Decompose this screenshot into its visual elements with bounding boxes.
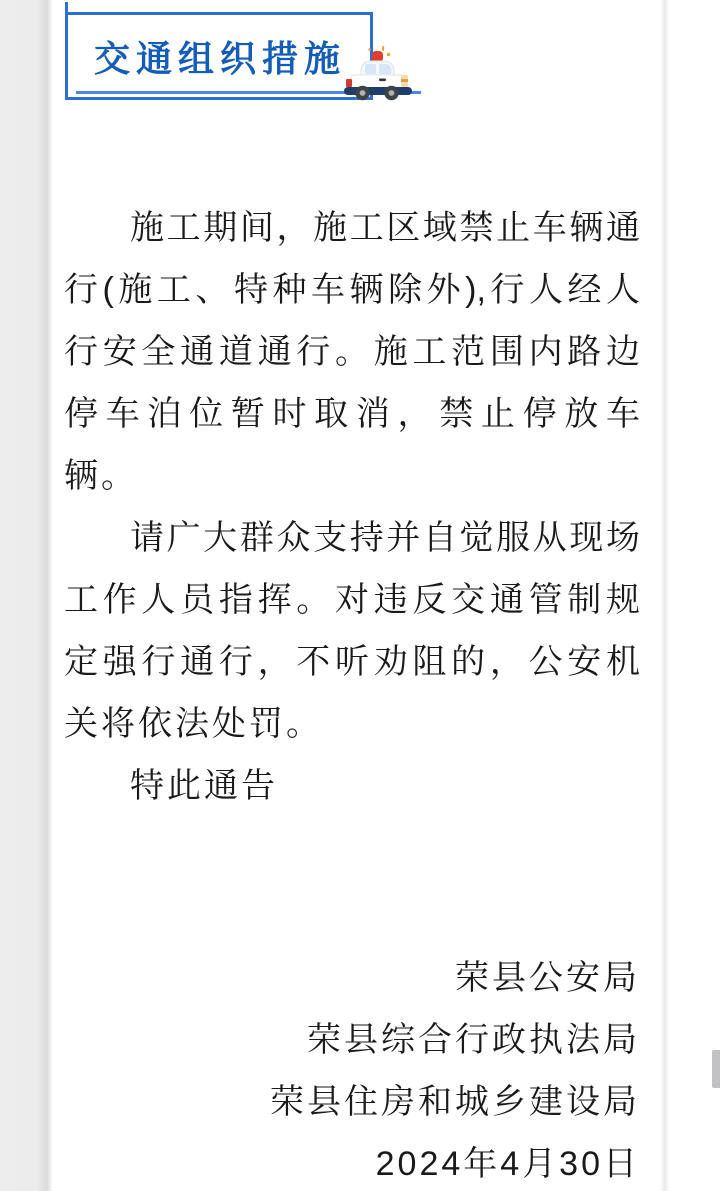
adjacent-page-edge [0,0,52,1191]
body-line: 停车泊位暂时取消，禁止停放车 [64,383,640,445]
police-car-icon [341,46,415,106]
notice-body: 施工期间，施工区域禁止车辆通 行(施工、特种车辆除外),行人经人 行安全通道通行… [64,197,640,817]
body-line: 行安全通道通行。施工范围内路边 [64,321,640,383]
title-box: 交通组织措施 [65,12,373,100]
signature-line: 荣县公安局 [64,947,640,1009]
body-line: 施工期间，施工区域禁止车辆通 [64,197,640,259]
scrollbar-thumb[interactable] [712,1050,720,1088]
body-line: 请广大群众支持并自觉服从现场 [64,507,640,569]
page-title: 交通组织措施 [94,31,346,82]
body-line: 特此通告 [64,755,640,817]
barrier-light-icon [346,79,352,87]
notice-date: 2024年4月30日 [376,1145,640,1183]
body-line: 行(施工、特种车辆除外),行人经人 [64,259,640,321]
notice-page: 交通组织措施 施工期间，施工区域禁止车辆通 行(施工、特种车辆除外),行人经人 … [0,0,720,1191]
date-line: 2024年4月30日 [64,1133,640,1191]
signature-block: 荣县公安局 荣县综合行政执法局 荣县住房和城乡建设局 [64,947,640,1133]
body-line: 工作人员指挥。对违反交通管制规 [64,569,640,631]
road-bar [344,87,412,95]
siren-icon [372,51,383,62]
page-divider-line [660,0,670,1191]
body-line: 关将依法处罚。 [64,693,640,755]
body-line: 辆。 [64,445,640,507]
signature-line: 荣县住房和城乡建设局 [64,1071,640,1133]
signature-line: 荣县综合行政执法局 [64,1009,640,1071]
sparkle-icon [382,46,384,51]
body-line: 定强行通行，不听劝阻的，公安机 [64,631,640,693]
